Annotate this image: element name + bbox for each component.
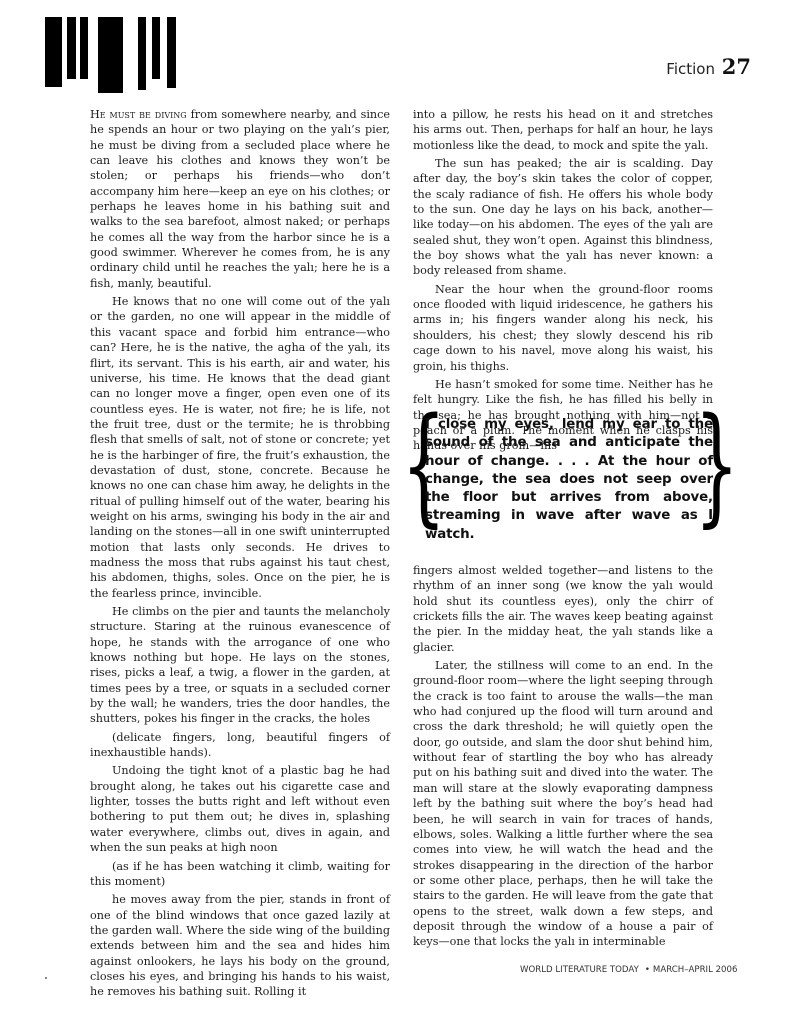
right-column-bottom: fingers almost welded together—and liste… xyxy=(413,563,713,950)
pull-quote: { I close my eyes, lend my ear to the so… xyxy=(397,410,743,534)
pull-quote-text: I close my eyes, lend my ear to the soun… xyxy=(425,416,713,544)
decorative-bar xyxy=(138,17,146,90)
bullet-separator: • xyxy=(645,965,650,975)
left-column: He must be diving from somewhere nearby,… xyxy=(90,107,390,1000)
decorative-bars xyxy=(0,0,200,100)
paragraph: he moves away from the pier, stands in f… xyxy=(90,892,390,999)
section-title: Fiction xyxy=(666,60,715,78)
paragraph: (delicate fingers, long, beautiful finge… xyxy=(90,730,390,761)
paragraph: He climbs on the pier and taunts the mel… xyxy=(90,604,390,727)
opening-small-caps: He must be diving xyxy=(90,108,187,121)
paragraph: Near the hour when the ground-floor room… xyxy=(413,282,713,374)
paragraph: The sun has peaked; the air is scalding.… xyxy=(413,156,713,279)
scan-speck xyxy=(45,977,47,979)
issue-date: MARCH–APRIL 2006 xyxy=(653,965,738,975)
close-brace-icon: } xyxy=(694,402,739,530)
paragraph: Undoing the tight knot of a plastic bag … xyxy=(90,763,390,855)
running-footer: WORLD LITERATURE TODAY•MARCH–APRIL 2006 xyxy=(520,965,737,975)
running-header: Fiction 27 xyxy=(666,54,751,79)
paragraph-text: from somewhere nearby, and since he spen… xyxy=(90,108,390,290)
paragraph: fingers almost welded together—and liste… xyxy=(413,563,713,655)
paragraph: Later, the stillness will come to an end… xyxy=(413,658,713,950)
decorative-bar xyxy=(152,17,160,79)
page-number: 27 xyxy=(722,54,751,79)
decorative-bar xyxy=(167,17,176,88)
decorative-bar xyxy=(98,17,123,93)
decorative-bar xyxy=(45,17,62,87)
right-column-top: into a pillow, he rests his head on it a… xyxy=(413,107,713,454)
decorative-bar xyxy=(67,17,76,79)
publication-name: WORLD LITERATURE TODAY xyxy=(520,965,639,975)
decorative-bar xyxy=(80,17,88,79)
paragraph: He knows that no one will come out of th… xyxy=(90,294,390,601)
paragraph: into a pillow, he rests his head on it a… xyxy=(413,107,713,153)
paragraph: He must be diving from somewhere nearby,… xyxy=(90,107,390,291)
paragraph: (as if he has been watching it climb, wa… xyxy=(90,859,390,890)
